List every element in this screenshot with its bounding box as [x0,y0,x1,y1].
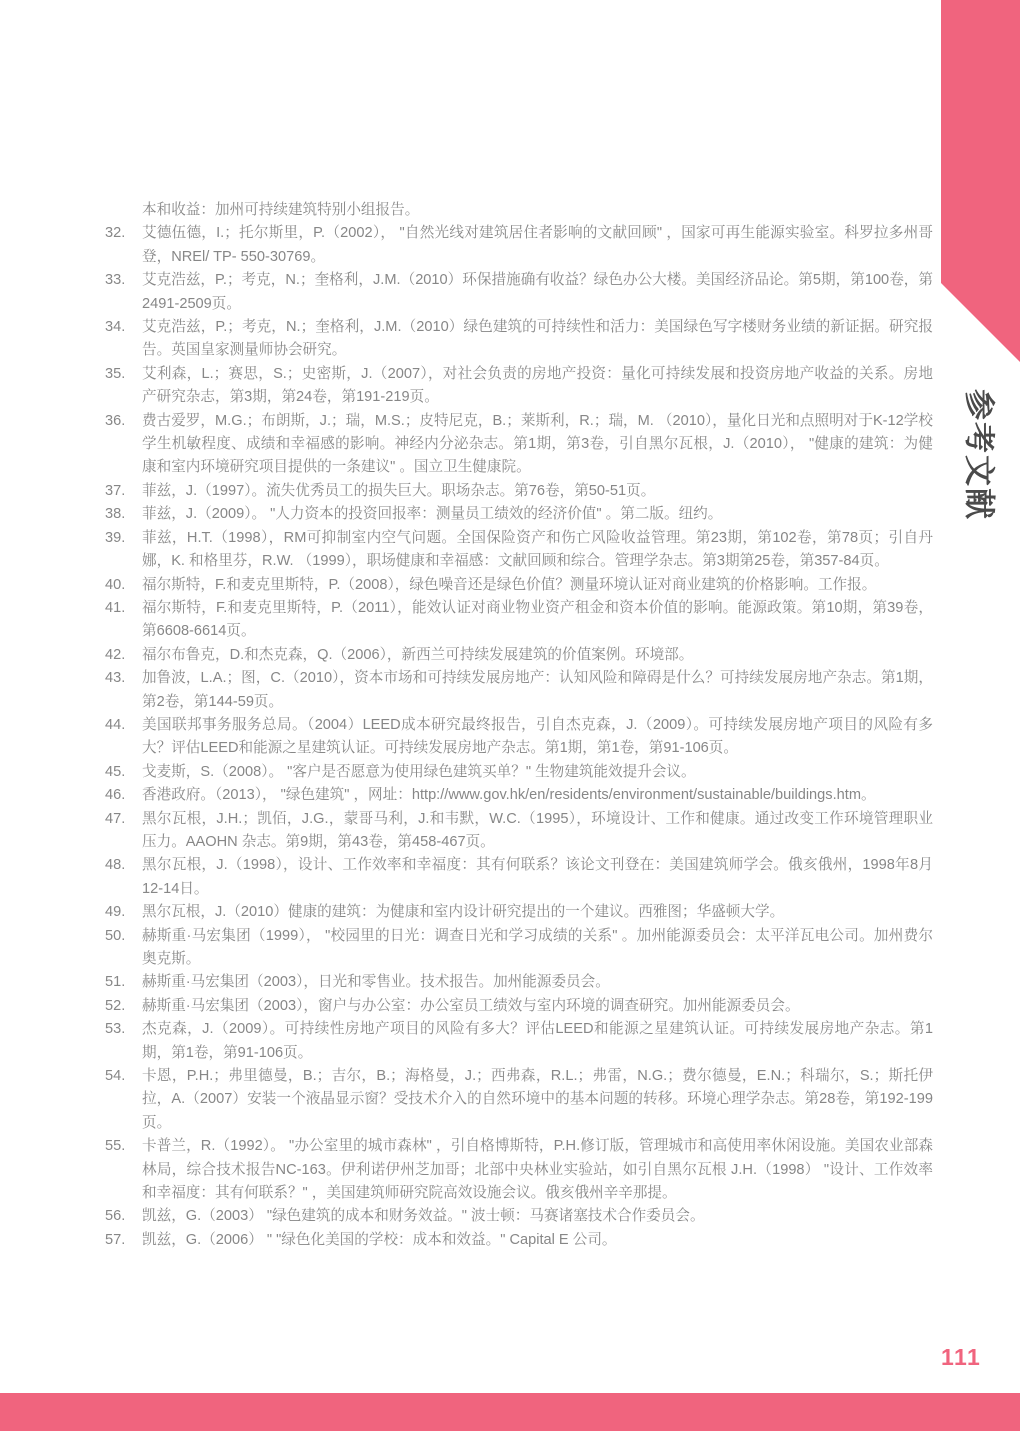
reference-text: 福尔斯特，F.和麦克里斯特，P.（2008），绿色噪音还是绿色价值？测量环境认证… [142,574,933,597]
reference-text: 戈麦斯，S.（2008）。 "客户是否愿意为使用绿色建筑买单？" 生物建筑能效提… [142,761,933,784]
reference-text: 卡恩，P.H.；弗里德曼，B.；吉尔，B.；海格曼，J.；西弗森，R.L.；弗雷… [142,1065,933,1135]
reference-item: 47.黑尔瓦根，J.H.；凯佰，J.G.，蒙哥马利，J.和韦默，W.C.（199… [105,808,933,855]
reference-number: 47. [105,808,142,855]
reference-item: 44.美国联邦事务服务总局。（2004）LEED成本研究最终报告，引自杰克森，J… [105,714,933,761]
reference-number: 35. [105,363,142,410]
reference-item: 33.艾克浩兹，P.；考克，N.；奎格利，J.M.（2010）环保措施确有收益？… [105,269,933,316]
reference-text: 美国联邦事务服务总局。（2004）LEED成本研究最终报告，引自杰克森，J.（2… [142,714,933,761]
reference-item: 56.凯兹，G.（2003） "绿色建筑的成本和财务效益。" 波士顿：马赛诸塞技… [105,1205,933,1228]
reference-item: 51.赫斯重·马宏集团（2003），日光和零售业。技术报告。加州能源委员会。 [105,971,933,994]
reference-number: 51. [105,971,142,994]
reference-text: 赫斯重·马宏集团（2003），窗户与办公室：办公室员工绩效与室内环境的调查研究。… [142,995,933,1018]
reference-text: 赫斯重·马宏集团（1999）， "校园里的日光：调查日光和学习成绩的关系" 。加… [142,925,933,972]
reference-item: 49.黑尔瓦根，J.（2010）健康的建筑：为健康和室内设计研究提出的一个建议。… [105,901,933,924]
reference-item: 38.菲兹，J.（2009）。 "人力资本的投资回报率：测量员工绩效的经济价值"… [105,503,933,526]
reference-text: 凯兹，G.（2006） " "绿色化美国的学校：成本和效益。" Capital … [142,1229,933,1252]
reference-item: 35.艾利森，L.；赛思，S.；史密斯，J.（2007），对社会负责的房地产投资… [105,363,933,410]
reference-number: 52. [105,995,142,1018]
reference-number: 57. [105,1229,142,1252]
reference-number: 54. [105,1065,142,1135]
reference-number: 43. [105,667,142,714]
reference-number: 40. [105,574,142,597]
reference-text: 黑尔瓦根，J.（2010）健康的建筑：为健康和室内设计研究提出的一个建议。西雅图… [142,901,933,924]
reference-item: 41.福尔斯特，F.和麦克里斯特，P.（2011），能效认证对商业物业资产租金和… [105,597,933,644]
reference-text: 福尔斯特，F.和麦克里斯特，P.（2011），能效认证对商业物业资产租金和资本价… [142,597,933,644]
reference-number: 37. [105,480,142,503]
chapter-side-title: 参考文献 [960,389,1005,521]
reference-item: 43.加鲁波，L.A.；图，C.（2010），资本市场和可持续发展房地产：认知风… [105,667,933,714]
reference-item: 45.戈麦斯，S.（2008）。 "客户是否愿意为使用绿色建筑买单？" 生物建筑… [105,761,933,784]
corner-ribbon [941,0,1020,362]
reference-text: 艾克浩兹，P.；考克，N.；奎格利，J.M.（2010）环保措施确有收益？绿色办… [142,269,933,316]
document-page: 参考文献 本和收益：加州可持续建筑特别小组报告。32.艾德伍德，I.；托尔斯里，… [0,0,1020,1431]
reference-item: 36.费古爱罗，M.G.；布朗斯，J.；瑞，M.S.；皮特尼克，B.；莱斯利，R… [105,410,933,480]
reference-item: 本和收益：加州可持续建筑特别小组报告。 [105,199,933,222]
reference-item: 50.赫斯重·马宏集团（1999）， "校园里的日光：调查日光和学习成绩的关系"… [105,925,933,972]
reference-number [105,199,142,222]
reference-number: 42. [105,644,142,667]
reference-number: 50. [105,925,142,972]
reference-text: 卡普兰，R.（1992）。 "办公室里的城市森林" ，引自格博斯特，P.H.修订… [142,1135,933,1205]
reference-number: 46. [105,784,142,807]
reference-number: 56. [105,1205,142,1228]
references-list: 本和收益：加州可持续建筑特别小组报告。32.艾德伍德，I.；托尔斯里，P.（20… [105,199,933,1252]
reference-number: 32. [105,222,142,269]
reference-number: 38. [105,503,142,526]
reference-number: 55. [105,1135,142,1205]
reference-number: 49. [105,901,142,924]
reference-item: 32.艾德伍德，I.；托尔斯里，P.（2002）， "自然光线对建筑居住者影响的… [105,222,933,269]
reference-text: 艾利森，L.；赛思，S.；史密斯，J.（2007），对社会负责的房地产投资：量化… [142,363,933,410]
reference-number: 41. [105,597,142,644]
reference-text: 艾德伍德，I.；托尔斯里，P.（2002）， "自然光线对建筑居住者影响的文献回… [142,222,933,269]
reference-item: 34.艾克浩兹，P.；考克，N.；奎格利，J.M.（2010）绿色建筑的可持续性… [105,316,933,363]
reference-number: 36. [105,410,142,480]
reference-item: 37.菲兹，J.（1997）。流失优秀员工的损失巨大。职场杂志。第76卷，第50… [105,480,933,503]
reference-text: 菲兹，H.T.（1998），RM可抑制室内空气问题。全国保险资产和伤亡风险收益管… [142,527,933,574]
reference-text: 赫斯重·马宏集团（2003），日光和零售业。技术报告。加州能源委员会。 [142,971,933,994]
reference-text: 本和收益：加州可持续建筑特别小组报告。 [142,199,933,222]
page-number: 111 [941,1344,981,1371]
reference-item: 55.卡普兰，R.（1992）。 "办公室里的城市森林" ，引自格博斯特，P.H… [105,1135,933,1205]
reference-item: 52.赫斯重·马宏集团（2003），窗户与办公室：办公室员工绩效与室内环境的调查… [105,995,933,1018]
reference-number: 33. [105,269,142,316]
reference-number: 53. [105,1018,142,1065]
reference-text: 香港政府。（2013）， "绿色建筑" ，网址：http://www.gov.h… [142,784,933,807]
reference-item: 42.福尔布鲁克，D.和杰克森，Q.（2006），新西兰可持续发展建筑的价值案例… [105,644,933,667]
reference-item: 40.福尔斯特，F.和麦克里斯特，P.（2008），绿色噪音还是绿色价值？测量环… [105,574,933,597]
reference-item: 53.杰克森，J.（2009）。可持续性房地产项目的风险有多大？评估LEED和能… [105,1018,933,1065]
reference-number: 45. [105,761,142,784]
reference-number: 48. [105,854,142,901]
reference-text: 加鲁波，L.A.；图，C.（2010），资本市场和可持续发展房地产：认知风险和障… [142,667,933,714]
footer-bar [0,1393,1020,1431]
reference-number: 34. [105,316,142,363]
reference-text: 凯兹，G.（2003） "绿色建筑的成本和财务效益。" 波士顿：马赛诸塞技术合作… [142,1205,933,1228]
reference-item: 46.香港政府。（2013）， "绿色建筑" ，网址：http://www.go… [105,784,933,807]
reference-item: 39.菲兹，H.T.（1998），RM可抑制室内空气问题。全国保险资产和伤亡风险… [105,527,933,574]
reference-text: 菲兹，J.（2009）。 "人力资本的投资回报率：测量员工绩效的经济价值" 。第… [142,503,933,526]
reference-text: 福尔布鲁克，D.和杰克森，Q.（2006），新西兰可持续发展建筑的价值案例。环境… [142,644,933,667]
reference-item: 54.卡恩，P.H.；弗里德曼，B.；吉尔，B.；海格曼，J.；西弗森，R.L.… [105,1065,933,1135]
reference-item: 57.凯兹，G.（2006） " "绿色化美国的学校：成本和效益。" Capit… [105,1229,933,1252]
reference-item: 48.黑尔瓦根，J.（1998），设计、工作效率和幸福度：其有何联系？该论文刊登… [105,854,933,901]
reference-text: 菲兹，J.（1997）。流失优秀员工的损失巨大。职场杂志。第76卷，第50-51… [142,480,933,503]
reference-text: 杰克森，J.（2009）。可持续性房地产项目的风险有多大？评估LEED和能源之星… [142,1018,933,1065]
reference-number: 39. [105,527,142,574]
reference-text: 费古爱罗，M.G.；布朗斯，J.；瑞，M.S.；皮特尼克，B.；莱斯利，R.；瑞… [142,410,933,480]
reference-number: 44. [105,714,142,761]
reference-text: 艾克浩兹，P.；考克，N.；奎格利，J.M.（2010）绿色建筑的可持续性和活力… [142,316,933,363]
reference-text: 黑尔瓦根，J.H.；凯佰，J.G.，蒙哥马利，J.和韦默，W.C.（1995），… [142,808,933,855]
reference-text: 黑尔瓦根，J.（1998），设计、工作效率和幸福度：其有何联系？该论文刊登在：美… [142,854,933,901]
